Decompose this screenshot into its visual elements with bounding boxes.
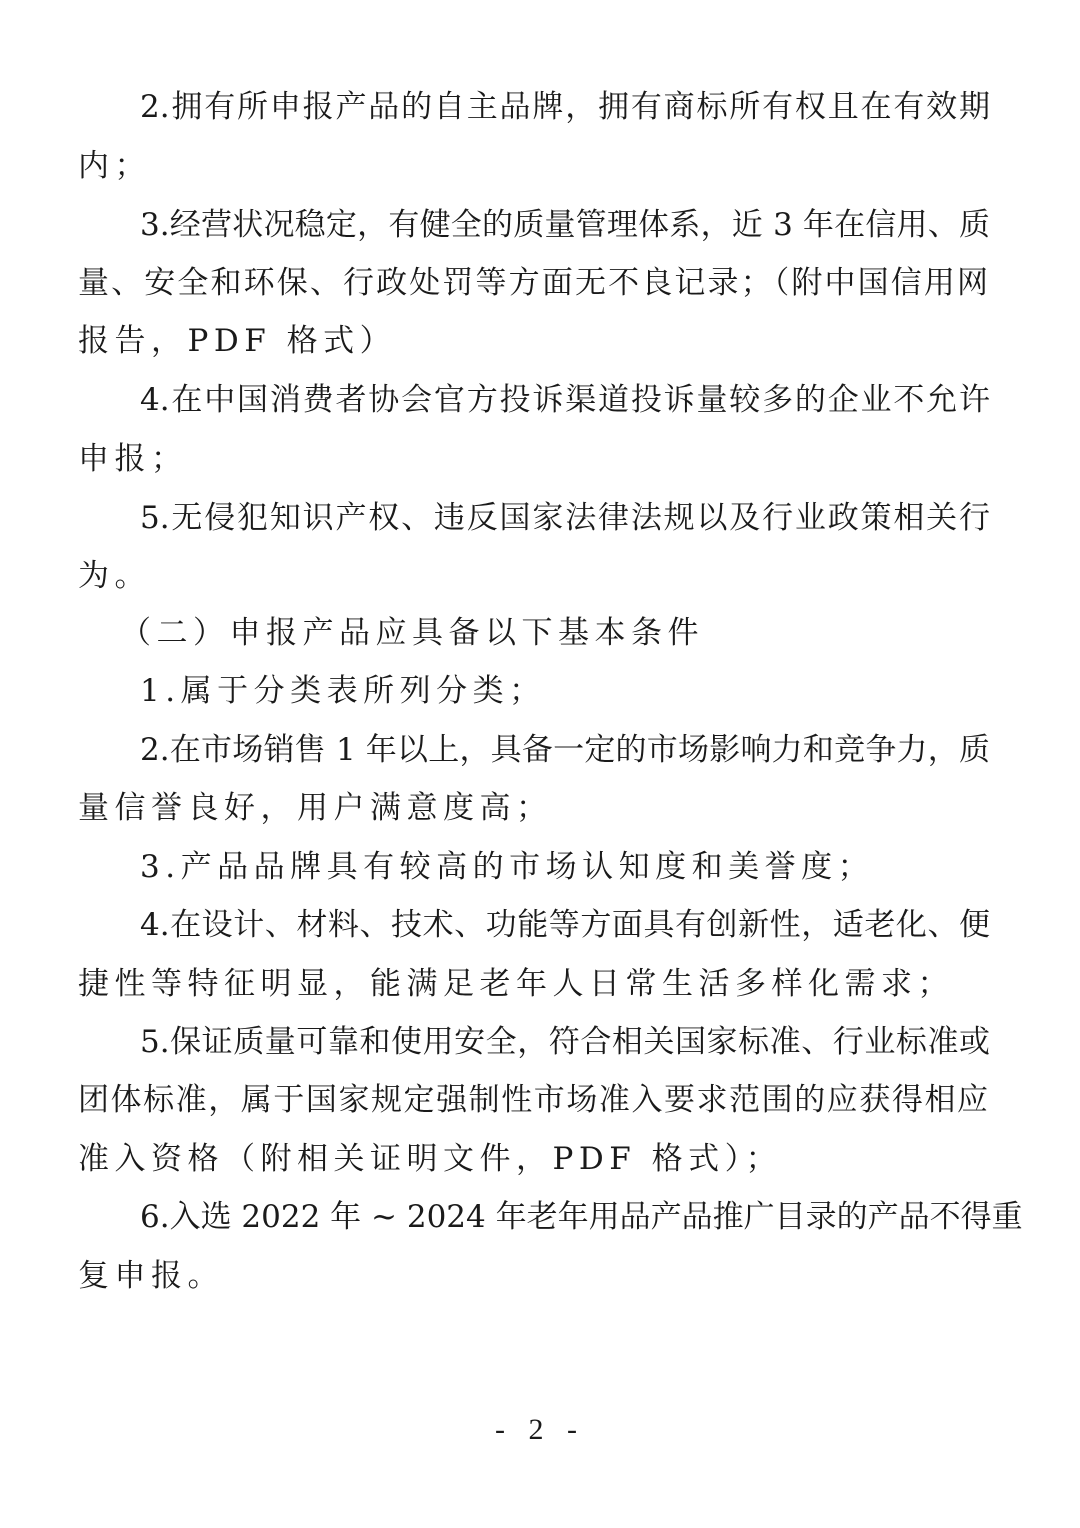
document-page: 2.拥有所申报产品的自主品牌，拥有商标所有权且在有效期 内； 3.经营状况稳定，… xyxy=(0,0,1080,1528)
paragraph-line: 捷性等特征明显，能满足老年人日常生活多样化需求； xyxy=(78,955,988,1013)
paragraph-line: 为。 xyxy=(78,547,988,605)
paragraph-line: 6.入选 2022 年 ~ 2024 年老年用品产品推广目录的产品不得重 xyxy=(140,1188,990,1246)
paragraph-line: 4.在设计、材料、技术、功能等方面具有创新性，适老化、便 xyxy=(140,896,990,954)
paragraph-line: 内； xyxy=(78,137,988,195)
paragraph-line: 2.在市场销售 1 年以上，具备一定的市场影响力和竞争力，质 xyxy=(140,721,990,779)
paragraph-line: 5.保证质量可靠和使用安全，符合相关国家标准、行业标准或 xyxy=(140,1013,990,1071)
paragraph-line: 报告，PDF 格式） xyxy=(78,312,988,370)
paragraph-line: 申报； xyxy=(78,430,988,488)
page-number: - 2 - xyxy=(0,1405,1080,1455)
paragraph-line: 3.产品品牌具有较高的市场认知度和美誉度； xyxy=(140,838,990,896)
section-heading: （二）申报产品应具备以下基本条件 xyxy=(120,604,970,662)
paragraph-line: 5.无侵犯知识产权、违反国家法律法规以及行业政策相关行 xyxy=(140,489,990,547)
paragraph-line: 4.在中国消费者协会官方投诉渠道投诉量较多的企业不允许 xyxy=(140,371,990,429)
paragraph-line: 量信誉良好，用户满意度高； xyxy=(78,779,988,837)
paragraph-line: 3.经营状况稳定，有健全的质量管理体系，近 3 年在信用、质 xyxy=(140,196,990,254)
paragraph-line: 团体标准，属于国家规定强制性市场准入要求范围的应获得相应 xyxy=(78,1071,988,1129)
paragraph-line: 复申报。 xyxy=(78,1247,988,1305)
paragraph-line: 1.属于分类表所列分类； xyxy=(140,662,990,720)
paragraph-line: 准入资格（附相关证明文件，PDF 格式）； xyxy=(78,1130,988,1188)
paragraph-line: 量、安全和环保、行政处罚等方面无不良记录；（附中国信用网 xyxy=(78,254,988,312)
paragraph-line: 2.拥有所申报产品的自主品牌，拥有商标所有权且在有效期 xyxy=(140,78,990,136)
